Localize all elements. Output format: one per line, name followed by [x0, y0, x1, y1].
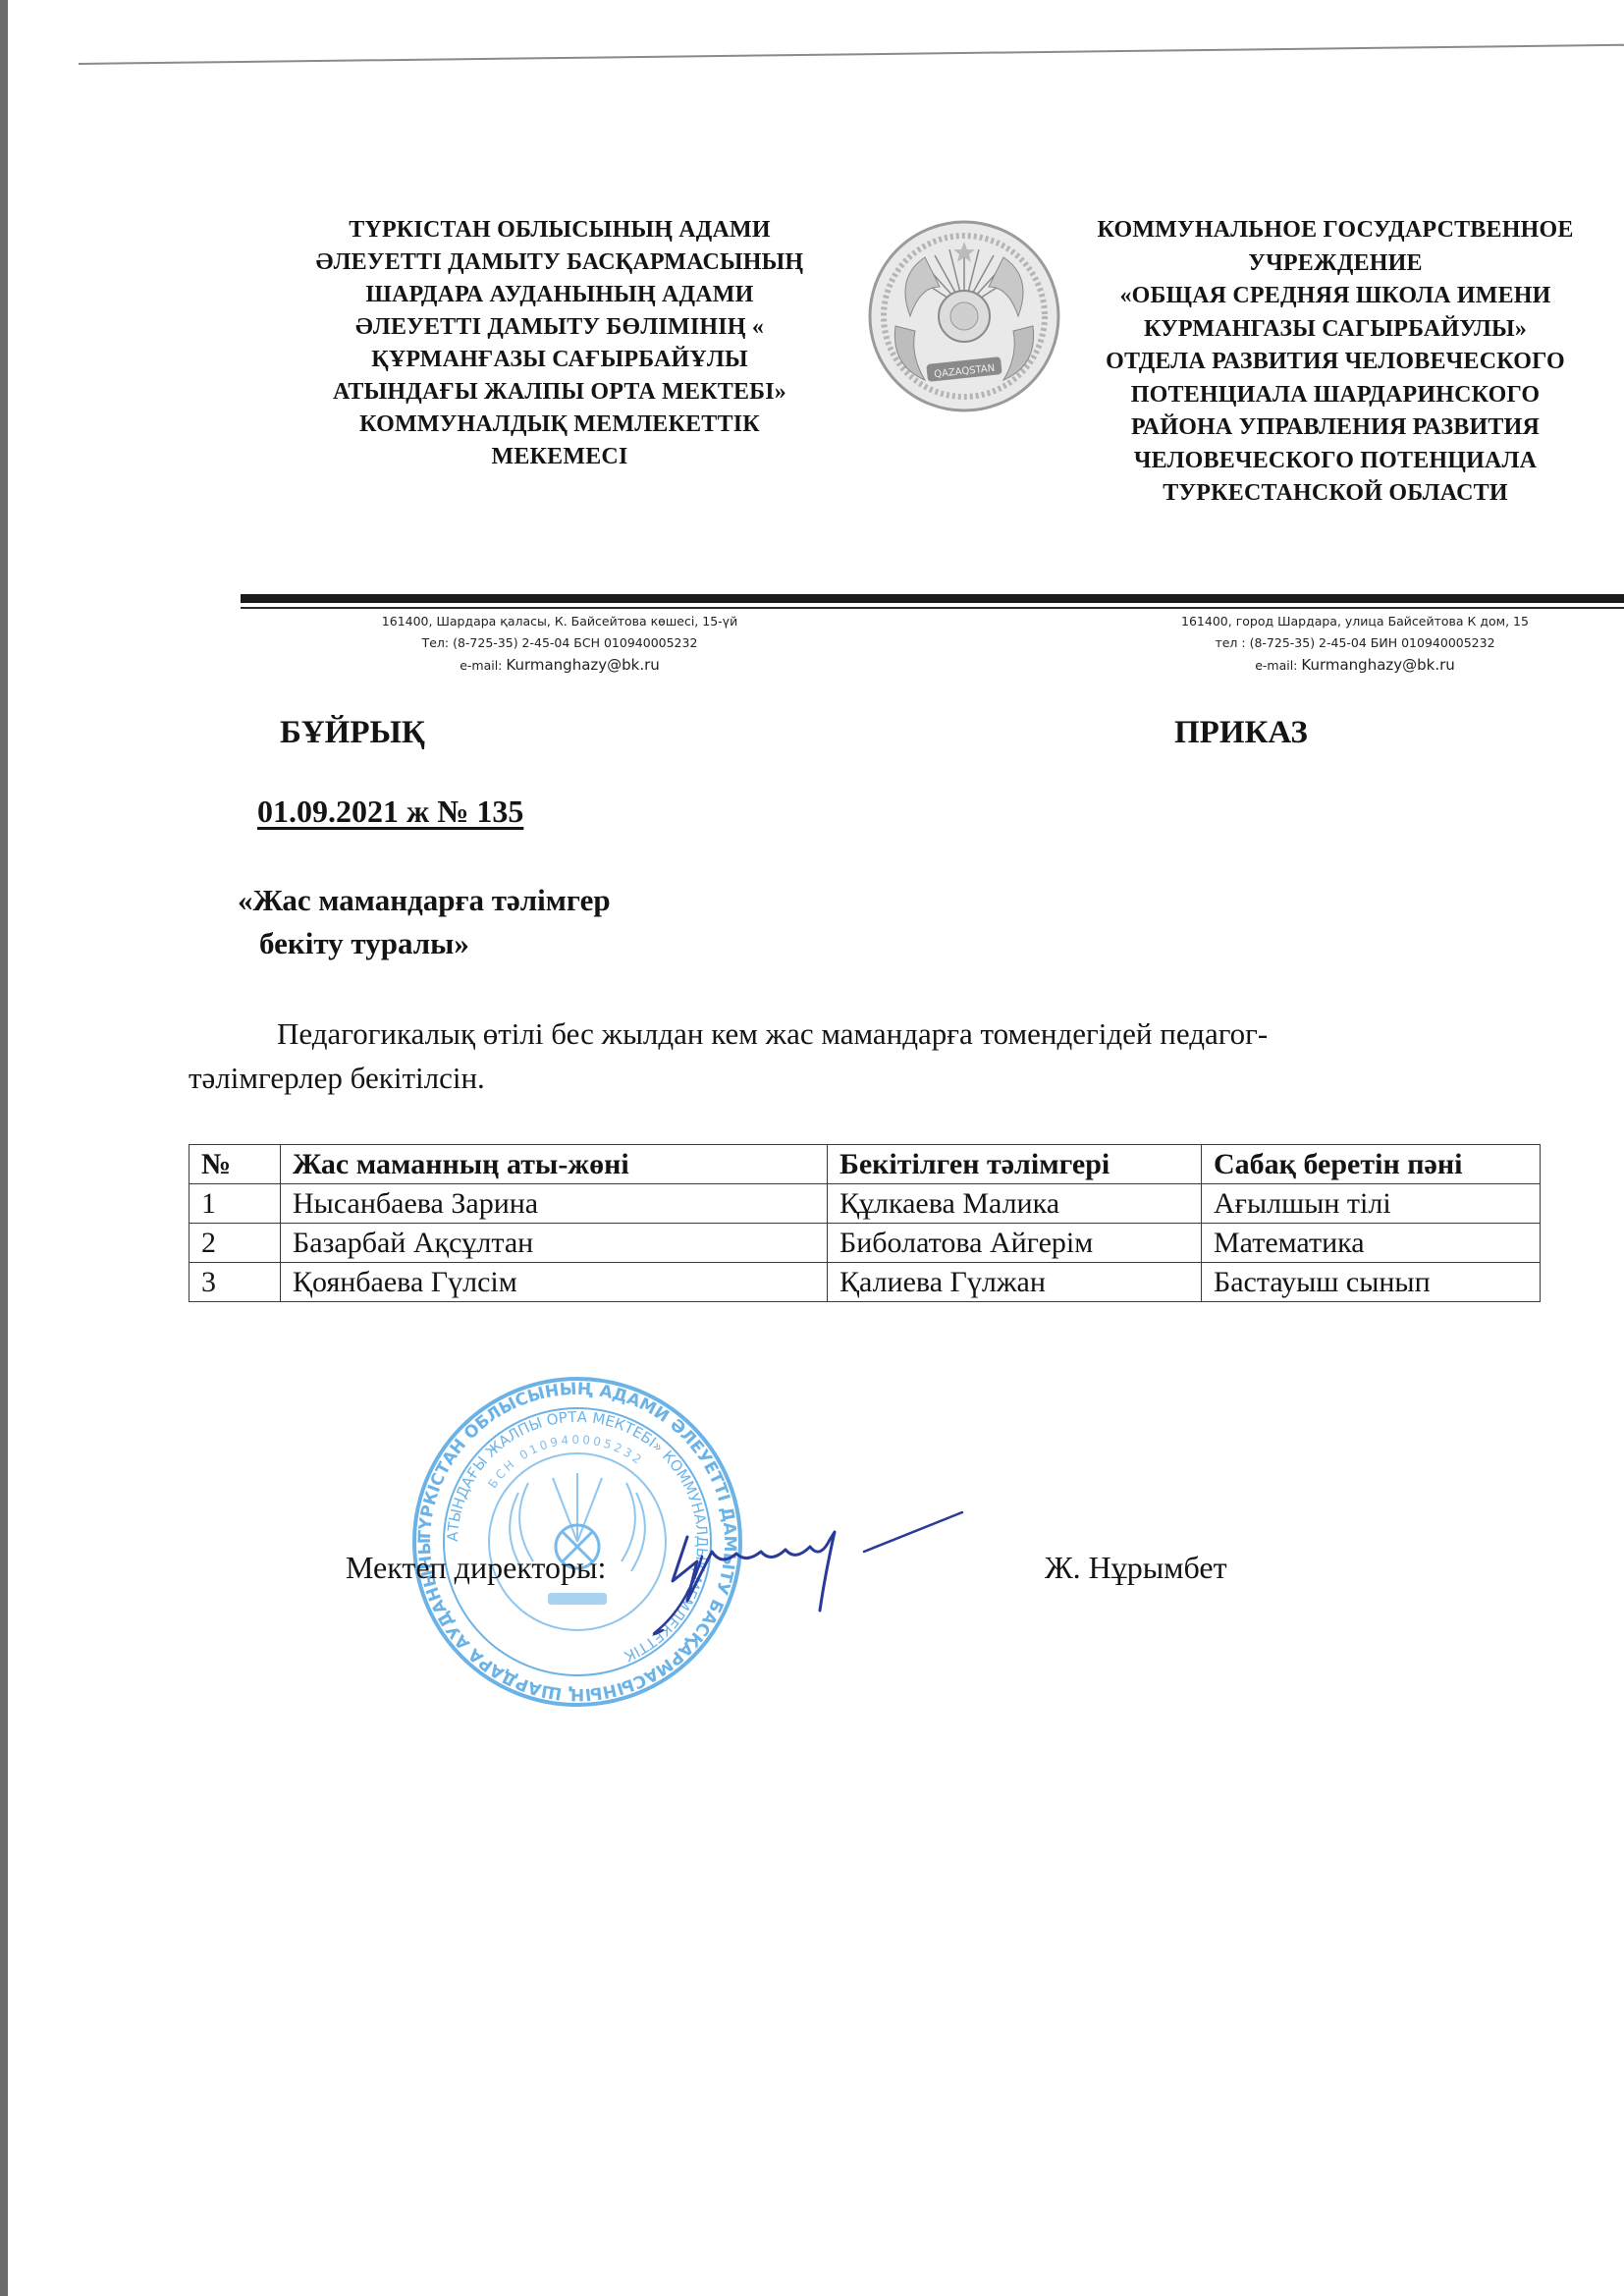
address-kazakh: 161400, Шардара қаласы, К. Байсейтова кө…: [324, 611, 795, 677]
order-subject: «Жас мамандарға тәлімгер бекіту туралы»: [238, 879, 611, 965]
scan-top-line: [79, 44, 1624, 65]
header-russian-line: КОММУНАЛЬНОЕ ГОСУДАРСТВЕННОЕ: [1051, 214, 1620, 247]
header-kazakh-line: ӘЛЕУЕТТІ ДАМЫТУ БӨЛІМІНІҢ «: [265, 311, 854, 344]
letterhead-divider-thin: [241, 607, 1624, 609]
header-kazakh-line: МЕКЕМЕСІ: [265, 441, 854, 473]
email-label: e-mail:: [1255, 658, 1301, 673]
header-kazakh-line: ҚҰРМАНҒАЗЫ САҒЫРБАЙҰЛЫ: [265, 344, 854, 376]
email-address: Kurmanghazy@bk.ru: [506, 656, 659, 674]
address-street: 161400, Шардара қаласы, К. Байсейтова кө…: [324, 611, 795, 632]
column-header-mentor: Бекітілген тәлімгері: [828, 1145, 1202, 1184]
order-number: 01.09.2021 ж № 135: [257, 793, 523, 830]
table-row: 1 Нысанбаева Зарина Құлкаева Малика Ағыл…: [189, 1184, 1541, 1224]
cell-mentor: Құлкаева Малика: [828, 1184, 1202, 1224]
header-russian: КОММУНАЛЬНОЕ ГОСУДАРСТВЕННОЕ УЧРЕЖДЕНИЕ …: [1051, 214, 1620, 511]
header-kazakh-line: ТҮРКІСТАН ОБЛЫСЫНЫҢ АДАМИ: [265, 214, 854, 246]
header-russian-line: КУРМАНГАЗЫ САГЫРБАЙУЛЫ»: [1051, 313, 1620, 347]
cell-subject: Ағылшын тілі: [1202, 1184, 1541, 1224]
cell-number: 3: [189, 1263, 281, 1302]
document-title-kazakh: БҰЙРЫҚ: [280, 715, 425, 751]
address-street: 161400, город Шардара, улица Байсейтова …: [1110, 611, 1600, 632]
column-header-number: №: [189, 1145, 281, 1184]
table-row: 2 Базарбай Ақсұлтан Биболатова Айгерім М…: [189, 1224, 1541, 1263]
cell-number: 1: [189, 1184, 281, 1224]
header-russian-line: УЧРЕЖДЕНИЕ: [1051, 247, 1620, 281]
subject-line: «Жас мамандарға тәлімгер: [238, 879, 611, 922]
cell-number: 2: [189, 1224, 281, 1263]
address-phone: тел : (8-725-35) 2-45-04 БИН 01094000523…: [1110, 632, 1600, 654]
table-row: 3 Қоянбаева Гүлсім Қалиева Гүлжан Бастау…: [189, 1263, 1541, 1302]
scan-left-edge: [0, 0, 8, 2296]
header-russian-line: ТУРКЕСТАНСКОЙ ОБЛАСТИ: [1051, 477, 1620, 511]
header-russian-line: ПОТЕНЦИАЛА ШАРДАРИНСКОГО: [1051, 379, 1620, 412]
handwritten-signature-icon: [628, 1493, 1001, 1640]
header-russian-line: «ОБЩАЯ СРЕДНЯЯ ШКОЛА ИМЕНИ: [1051, 280, 1620, 313]
header-russian-line: ЧЕЛОВЕЧЕСКОГО ПОТЕНЦИАЛА: [1051, 445, 1620, 478]
header-kazakh-line: КОММУНАЛДЫҚ МЕМЛЕКЕТТІК: [265, 409, 854, 441]
cell-subject: Математика: [1202, 1224, 1541, 1263]
director-name: Ж. Нұрымбет: [1045, 1550, 1227, 1586]
order-body: Педагогикалық өтілі бес жылдан кем жас м…: [189, 1011, 1543, 1100]
body-line: тәлімгерлер бекітілсін.: [189, 1056, 1543, 1100]
body-line: Педагогикалық өтілі бес жылдан кем жас м…: [189, 1011, 1543, 1056]
address-email-row: e-mail: Kurmanghazy@bk.ru: [1110, 654, 1600, 677]
document-title-russian: ПРИКАЗ: [1174, 715, 1308, 751]
email-label: e-mail:: [460, 658, 506, 673]
signature-label: Мектеп директоры:: [346, 1550, 606, 1586]
mentor-table: № Жас маманның аты-жөні Бекітілген тәлім…: [189, 1144, 1541, 1302]
column-header-subject: Сабақ беретін пәні: [1202, 1145, 1541, 1184]
header-kazakh-line: АТЫНДАҒЫ ЖАЛПЫ ОРТА МЕКТЕБІ»: [265, 376, 854, 409]
state-emblem-icon: QAZAQSTAN: [866, 218, 1062, 414]
table-header-row: № Жас маманның аты-жөні Бекітілген тәлім…: [189, 1145, 1541, 1184]
address-phone: Тел: (8-725-35) 2-45-04 БСН 010940005232: [324, 632, 795, 654]
header-kazakh: ТҮРКІСТАН ОБЛЫСЫНЫҢ АДАМИ ӘЛЕУЕТТІ ДАМЫТ…: [265, 214, 854, 473]
cell-specialist: Қоянбаева Гүлсім: [281, 1263, 828, 1302]
header-kazakh-line: ӘЛЕУЕТТІ ДАМЫТУ БАСҚАРМАСЫНЫҢ: [265, 246, 854, 279]
column-header-young-specialist: Жас маманның аты-жөні: [281, 1145, 828, 1184]
header-russian-line: РАЙОНА УПРАВЛЕНИЯ РАЗВИТИЯ: [1051, 411, 1620, 445]
email-address: Kurmanghazy@bk.ru: [1301, 656, 1454, 674]
cell-mentor: Қалиева Гүлжан: [828, 1263, 1202, 1302]
cell-subject: Бастауыш сынып: [1202, 1263, 1541, 1302]
header-kazakh-line: ШАРДАРА АУДАНЫНЫҢ АДАМИ: [265, 279, 854, 311]
cell-specialist: Базарбай Ақсұлтан: [281, 1224, 828, 1263]
subject-line: бекіту туралы»: [238, 922, 611, 965]
address-email-row: e-mail: Kurmanghazy@bk.ru: [324, 654, 795, 677]
address-russian: 161400, город Шардара, улица Байсейтова …: [1110, 611, 1600, 677]
cell-mentor: Биболатова Айгерім: [828, 1224, 1202, 1263]
header-russian-line: ОТДЕЛА РАЗВИТИЯ ЧЕЛОВЕЧЕСКОГО: [1051, 346, 1620, 379]
letterhead-divider: [241, 594, 1624, 603]
cell-specialist: Нысанбаева Зарина: [281, 1184, 828, 1224]
